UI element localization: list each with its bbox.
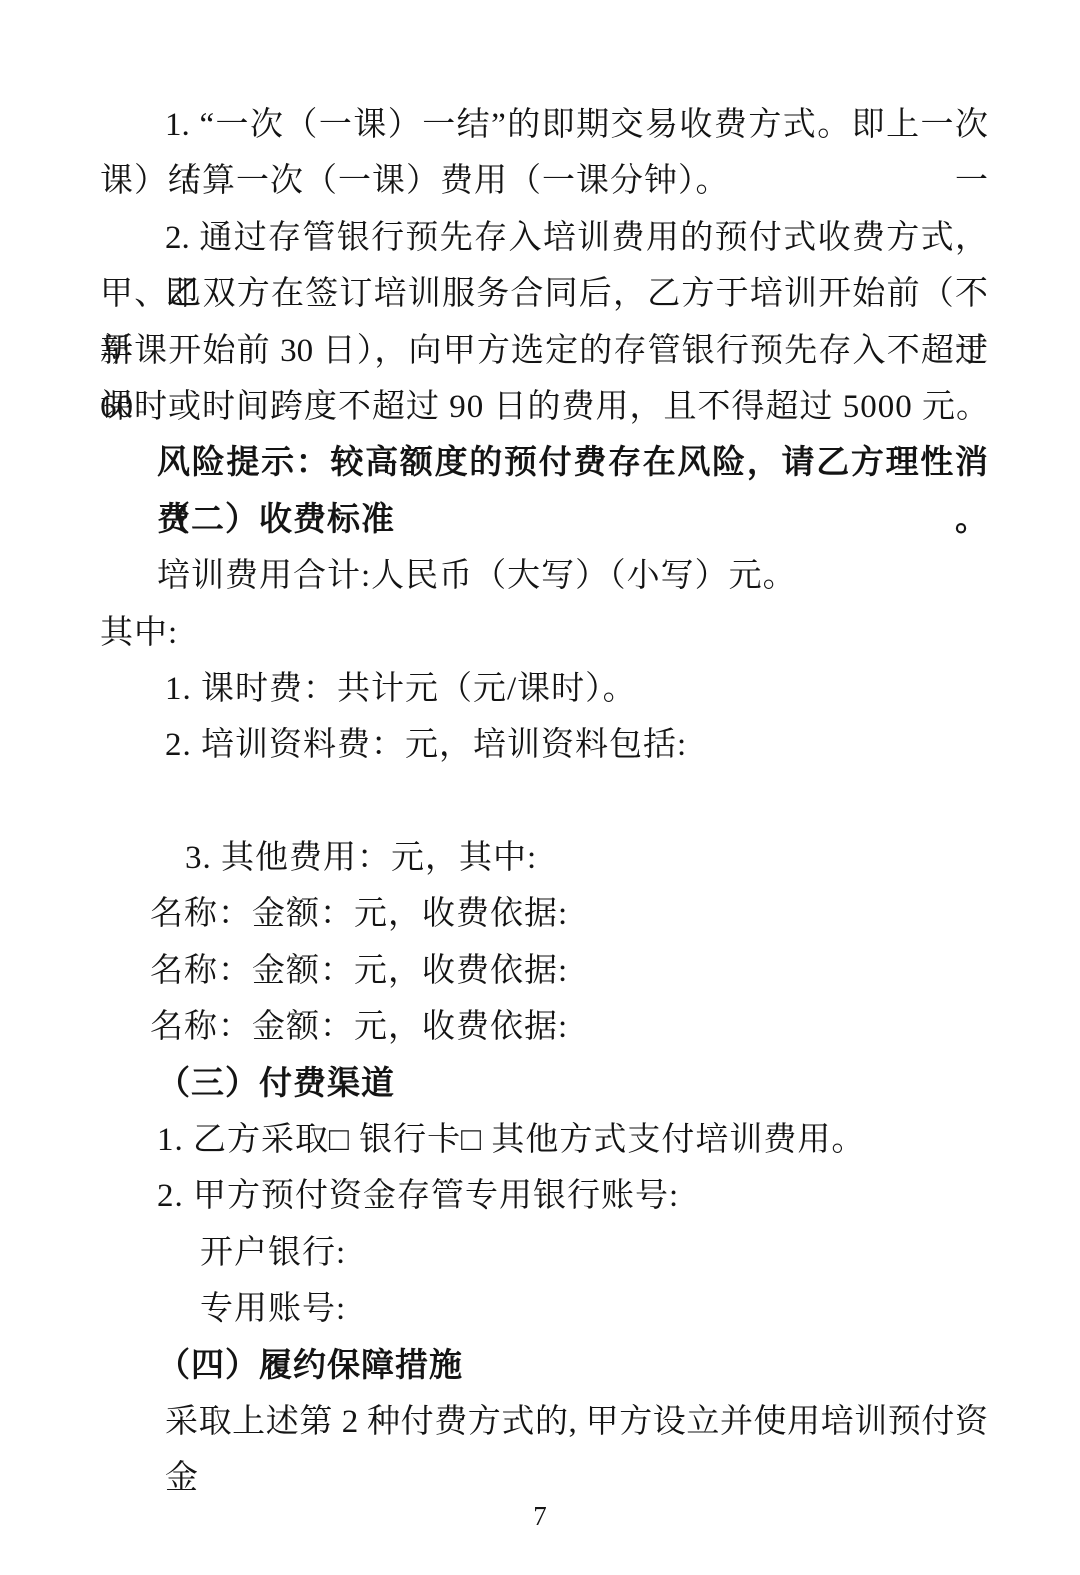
heading-section-3-payment-channel: （三）付费渠道: [100, 1056, 988, 1112]
fee-total-line: 培训费用合计:人民币（大写）（小写）元。: [100, 548, 988, 604]
para-pay-per-lesson-line-1: 1. “一次（一课）一结”的即期交易收费方式。即上一次（一: [100, 97, 988, 153]
blank-line: [100, 774, 988, 830]
para-prepaid-line-4: 课时或时间跨度不超过 90 日的费用，且不得超过 5000 元。: [100, 379, 988, 435]
fee-item-materials: 2. 培训资料费：元，培训资料包括:: [100, 717, 988, 773]
fee-item-other: 3. 其他费用：元，其中:: [100, 830, 988, 886]
other-fee-row-3: 名称：金额：元，收费依据:: [100, 999, 988, 1055]
other-fee-row-1: 名称：金额：元，收费依据:: [100, 886, 988, 942]
fee-breakdown-label: 其中:: [100, 605, 988, 661]
risk-warning-line: 风险提示：较高额度的预付费存在风险，请乙方理性消费。: [100, 435, 988, 491]
document-body: 1. “一次（一课）一结”的即期交易收费方式。即上一次（一 课）结算一次（一课）…: [100, 97, 988, 1450]
page-number: 7: [0, 1496, 1080, 1536]
document-page: { "document": { "lines": [ "1. “一次（一课）一结…: [0, 0, 1080, 1575]
payment-method-checkbox-line: 1. 乙方采取□ 银行卡□ 其他方式支付培训费用。: [100, 1112, 988, 1168]
bank-name-line: 开户银行:: [100, 1225, 988, 1281]
escrow-account-line: 2. 甲方预付资金存管专用银行账号:: [100, 1168, 988, 1224]
fee-item-lesson: 1. 课时费：共计元（元/课时）。: [100, 661, 988, 717]
para-guarantee-line-1: 采取上述第 2 种付费方式的, 甲方设立并使用培训预付资金: [100, 1394, 988, 1450]
para-prepaid-line-1: 2. 通过存管银行预先存入培训费用的预付式收费方式，即: [100, 210, 988, 266]
para-prepaid-line-2: 甲、乙双方在签订培训服务合同后，乙方于培训开始前（不早于: [100, 266, 988, 322]
para-prepaid-line-3: 新课开始前 30 日），向甲方选定的存管银行预先存入不超过 60: [100, 323, 988, 379]
heading-section-4-guarantee: （四）履约保障措施: [100, 1338, 988, 1394]
account-number-line: 专用账号:: [100, 1281, 988, 1337]
other-fee-row-2: 名称：金额：元，收费依据:: [100, 943, 988, 999]
